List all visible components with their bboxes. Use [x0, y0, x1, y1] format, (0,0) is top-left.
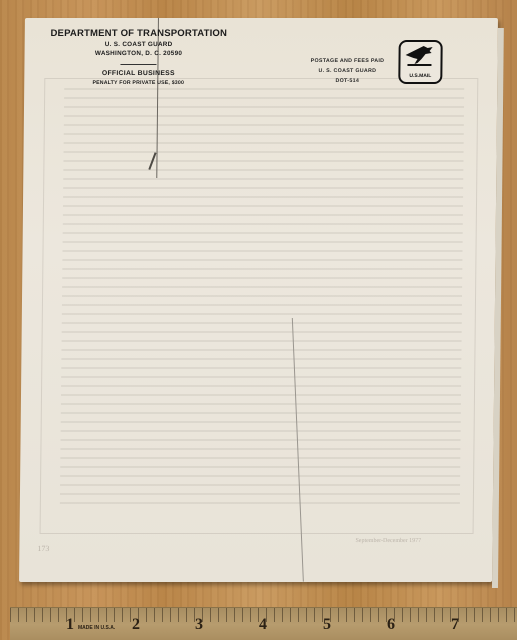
bleed-through-text — [60, 88, 464, 508]
official-business: OFFICIAL BUSINESS — [38, 70, 238, 77]
city-line: WASHINGTON, D. C. 20590 — [39, 50, 239, 57]
ruler-number: 7 — [451, 616, 459, 634]
postage-line-1: POSTAGE AND FEES PAID — [292, 56, 402, 66]
department-name: DEPARTMENT OF TRANSPORTATION — [39, 28, 239, 39]
ruler-imprint: MADE IN U.S.A. — [78, 625, 115, 631]
ruler-number: 6 — [387, 616, 395, 634]
us-mail-logo: U.S.MAIL — [398, 40, 442, 84]
postage-line-3: DOT-514 — [292, 76, 402, 86]
faint-page-number: 173 — [37, 544, 49, 553]
ruler-number: 3 — [195, 616, 203, 634]
postage-indicia: POSTAGE AND FEES PAID U. S. COAST GUARD … — [292, 56, 402, 86]
ruler-number: 2 — [132, 616, 140, 634]
postage-line-2: U. S. COAST GUARD — [292, 66, 402, 76]
divider — [120, 64, 156, 65]
ruler-number: 1 — [66, 616, 74, 634]
faint-issue-date: September-December 1977 — [355, 538, 421, 544]
penalty-notice: PENALTY FOR PRIVATE USE, $300 — [38, 80, 238, 86]
agency-name: U. S. COAST GUARD — [39, 41, 239, 48]
ruler-number: 5 — [323, 616, 331, 634]
wooden-ruler: 1 MADE IN U.S.A. 2 3 4 5 6 7 — [10, 607, 517, 640]
return-address-block: DEPARTMENT OF TRANSPORTATION U. S. COAST… — [38, 28, 239, 86]
mailer-sheet: DEPARTMENT OF TRANSPORTATION U. S. COAST… — [19, 18, 498, 582]
ruler-number: 4 — [259, 616, 267, 634]
us-mail-label: U.S.MAIL — [400, 73, 440, 79]
usps-eagle-icon — [403, 45, 435, 67]
